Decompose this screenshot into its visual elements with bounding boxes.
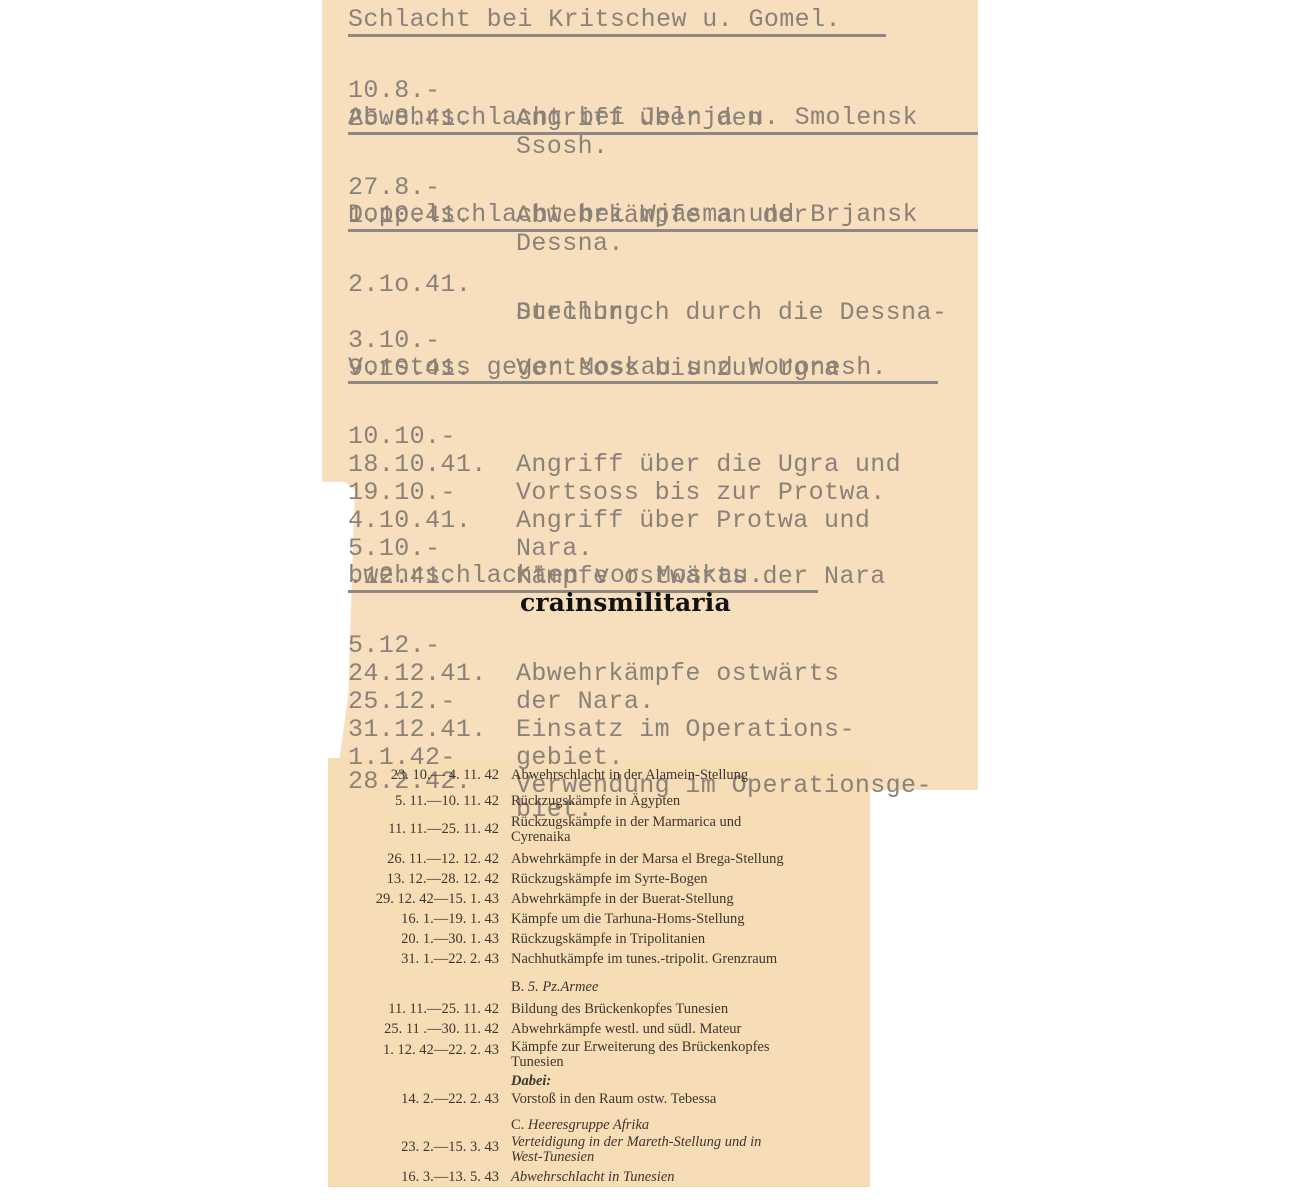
print-text: Rückzugskämpfe im Syrte-Bogen xyxy=(511,872,866,887)
entry-text: Nara. xyxy=(516,535,593,563)
section-heading: Schlacht bei Kritschew u. Gomel. xyxy=(348,6,841,34)
print-text: Abwehrschlacht in der Alamein-Stellung xyxy=(511,768,866,783)
entry-row: 25.8.41. Ssosh. xyxy=(348,77,410,105)
print-date: 31. 1.—22. 2. 43 xyxy=(401,952,499,967)
entry-text: Stellung xyxy=(516,299,639,327)
entry-row: 10.10.- Angriff über die Ugra und xyxy=(348,395,410,423)
print-text: Abwehrkämpfe in der Buerat-Stellung xyxy=(511,892,866,907)
heading-underline xyxy=(348,381,938,384)
entry-text: Angriff über Protwa und xyxy=(516,507,870,535)
print-text: Kämpfe zur Erweiterung des Brückenkopfes xyxy=(511,1040,866,1055)
entry-row: 19.10.- Angriff über Protwa und xyxy=(348,451,410,479)
entry-text: Ssosh. xyxy=(516,133,608,161)
print-date: 1. 12. 42—22. 2. 43 xyxy=(383,1043,499,1058)
print-date: 20. 1.—30. 1. 43 xyxy=(401,932,499,947)
entry-row: 3.10.- Vortsoss bis zur Ugra xyxy=(348,299,410,327)
entry-row: 27.8.- Abwehrkämpfe an der xyxy=(348,146,410,174)
entry-text: Einsatz im Operations- xyxy=(516,716,855,744)
entry-row: Stellung xyxy=(348,271,410,299)
print-date: 11. 11.—25. 11. 42 xyxy=(388,822,499,837)
entry-row: 2.1o.41. Durchbruch durch die Dessna- xyxy=(348,243,410,271)
entry-row: 4.10.41. Nara. xyxy=(348,479,410,507)
entry-text: Angriff über die Ugra und xyxy=(516,451,901,479)
print-text: Rückzugskämpfe in Tripolitanien xyxy=(511,932,866,947)
watermark: crainsmilitaria xyxy=(520,588,731,617)
print-date: 26. 11.—12. 12. 42 xyxy=(387,852,499,867)
heading-underline xyxy=(348,229,978,232)
print-date: 16. 1.—19. 1. 43 xyxy=(401,912,499,927)
entry-text: Dessna. xyxy=(516,230,624,258)
entry-text: der Nara. xyxy=(516,688,655,716)
print-text: Bildung des Brückenkopfes Tunesien xyxy=(511,1002,866,1017)
entry-row: 5.10.- Kämpfe ostwärts der Nara xyxy=(348,507,410,535)
section-heading: Vorstoss gegen Moskau und Woronesh. xyxy=(348,354,887,382)
print-date: 14. 2.—22. 2. 43 xyxy=(401,1092,499,1107)
print-date: 23. 10.— 4. 11. 42 xyxy=(391,768,499,783)
print-text: Nachhutkämpfe im tunes.-tripolit. Grenzr… xyxy=(511,952,866,967)
print-text: Abwehrschlacht in Tunesien xyxy=(511,1170,866,1185)
entry-row: 18.10.41. Vortsoss bis zur Protwa. xyxy=(348,423,410,451)
entry-row: 31.12.41. gebiet. xyxy=(348,688,410,716)
section-prefix: C. xyxy=(511,1117,524,1133)
section-heading: bwehrschlachten vor Moskau. xyxy=(348,562,764,590)
entry-row: 5.12.- Abwehrkämpfe ostwärts xyxy=(348,604,410,632)
print-text: Kämpfe um die Tarhuna-Homs-Stellung xyxy=(511,912,866,927)
print-text: Tunesien xyxy=(511,1055,866,1070)
section-prefix: B. xyxy=(511,979,524,995)
section-label-text: B. 5. Pz.Armee xyxy=(511,980,866,995)
print-date: 25. 11 .—30. 11. 42 xyxy=(384,1022,499,1037)
print-date: 13. 12.—28. 12. 42 xyxy=(387,872,499,887)
print-text: Cyrenaika xyxy=(511,830,866,845)
section-title: 5. Pz.Armee xyxy=(528,979,598,995)
entry-row: 28.2.42. biet. xyxy=(348,740,410,768)
section-label-text: C. Heeresgruppe Afrika xyxy=(511,1118,866,1133)
print-text: Vorstoß in den Raum ostw. Tebessa xyxy=(511,1092,866,1107)
print-date: 29. 12. 42—15. 1. 43 xyxy=(376,892,499,907)
print-text: Abwehrkämpfe westl. und südl. Mateur xyxy=(511,1022,866,1037)
section-heading: Doppelschlacht bei Wjasma und Brjansk xyxy=(348,201,918,229)
print-date: 5. 11.—10. 11. 42 xyxy=(395,794,499,809)
heading-underline xyxy=(348,34,886,37)
entry-row: 10.8.- Angriff über den xyxy=(348,49,410,77)
entry-text: Abwehrkämpfe ostwärts xyxy=(516,660,839,688)
heading-underline xyxy=(348,132,978,135)
print-text: West-Tunesien xyxy=(511,1150,866,1165)
subheading-text: Dabei: xyxy=(511,1074,866,1089)
entry-row: 1.10.41. Dessna. xyxy=(348,174,410,202)
entry-text: Vortsoss bis zur Protwa. xyxy=(516,479,886,507)
print-date: 11. 11.—25. 11. 42 xyxy=(388,1002,499,1017)
print-text: Abwehrkämpfe in der Marsa el Brega-Stell… xyxy=(511,852,866,867)
print-text: Verteidigung in der Mareth-Stellung und … xyxy=(511,1135,866,1150)
entry-row: .12.41. xyxy=(348,535,410,563)
section-heading: Abwehrschlacht bei Jelnja u. Smolensk xyxy=(348,104,918,132)
print-text: Rückzugskämpfe in der Marmarica und xyxy=(511,815,866,830)
entry-row: 9.10.41. xyxy=(348,327,410,355)
entry-row: 24.12.41. der Nara. xyxy=(348,632,410,660)
entry-row: 25.12.- Einsatz im Operations- xyxy=(348,660,410,688)
print-date: 16. 3.—13. 5. 43 xyxy=(401,1170,499,1185)
section-title: Heeresgruppe Afrika xyxy=(528,1117,649,1133)
print-date: 23. 2.—15. 3. 43 xyxy=(401,1140,499,1155)
print-text: Rückzugskämpfe in Ägypten xyxy=(511,794,866,809)
